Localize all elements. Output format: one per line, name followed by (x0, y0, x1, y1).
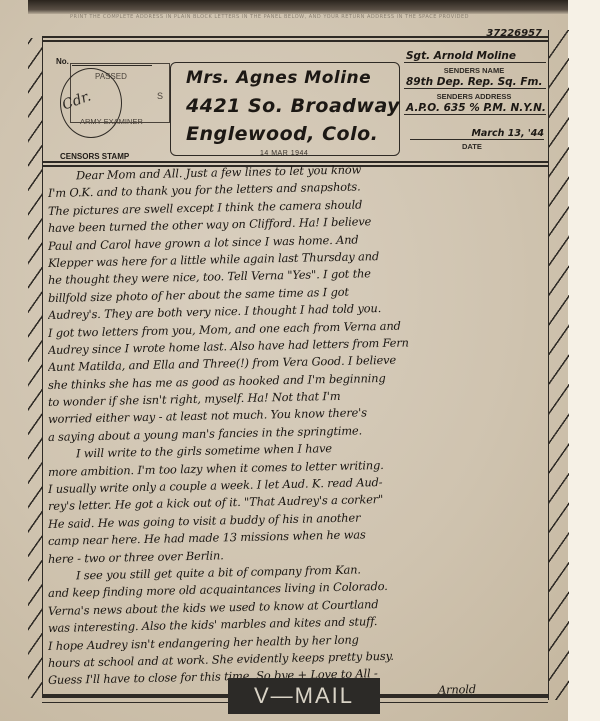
v-mail-letter: Print the complete address in plain bloc… (0, 0, 600, 721)
recipient-city: Englewood, Colo. (186, 123, 378, 145)
letter-date: March 13, '44 (410, 128, 544, 140)
page-margin (568, 0, 600, 721)
sender-apo: A.P.O. 635 % P.M. N.Y.N.Y. (404, 102, 546, 115)
sender-name-label: SENDERS NAME (404, 66, 544, 75)
recipient-street: 4421 So. Broadway (186, 95, 400, 117)
header-rule (42, 40, 548, 42)
recipient-name: Mrs. Agnes Moline (186, 68, 371, 88)
no-label: No. (56, 57, 69, 66)
serial-number: 37226957 (486, 28, 542, 39)
scan-shadow-band (28, 0, 568, 14)
sender-unit: 89th Dep. Rep. Sq. Fm. (404, 76, 546, 89)
censors-stamp-label: CENSORS STAMP (60, 152, 129, 161)
right-border-hatching (548, 30, 569, 700)
sender-name: Sgt. Arnold Moline (404, 50, 546, 63)
censor-stamp-letter: S (157, 91, 163, 101)
form-instruction: Print the complete address in plain bloc… (70, 14, 510, 20)
v-mail-label: V—MAIL (228, 678, 380, 714)
letter-body: Dear Mom and All. Just a few lines to le… (48, 168, 546, 707)
date-label: DATE (462, 142, 482, 151)
sender-address-label: SENDERS ADDRESS (404, 92, 544, 101)
postmark-stamp: 14 MAR 1944 (260, 150, 308, 157)
left-border-hatching (28, 38, 43, 698)
